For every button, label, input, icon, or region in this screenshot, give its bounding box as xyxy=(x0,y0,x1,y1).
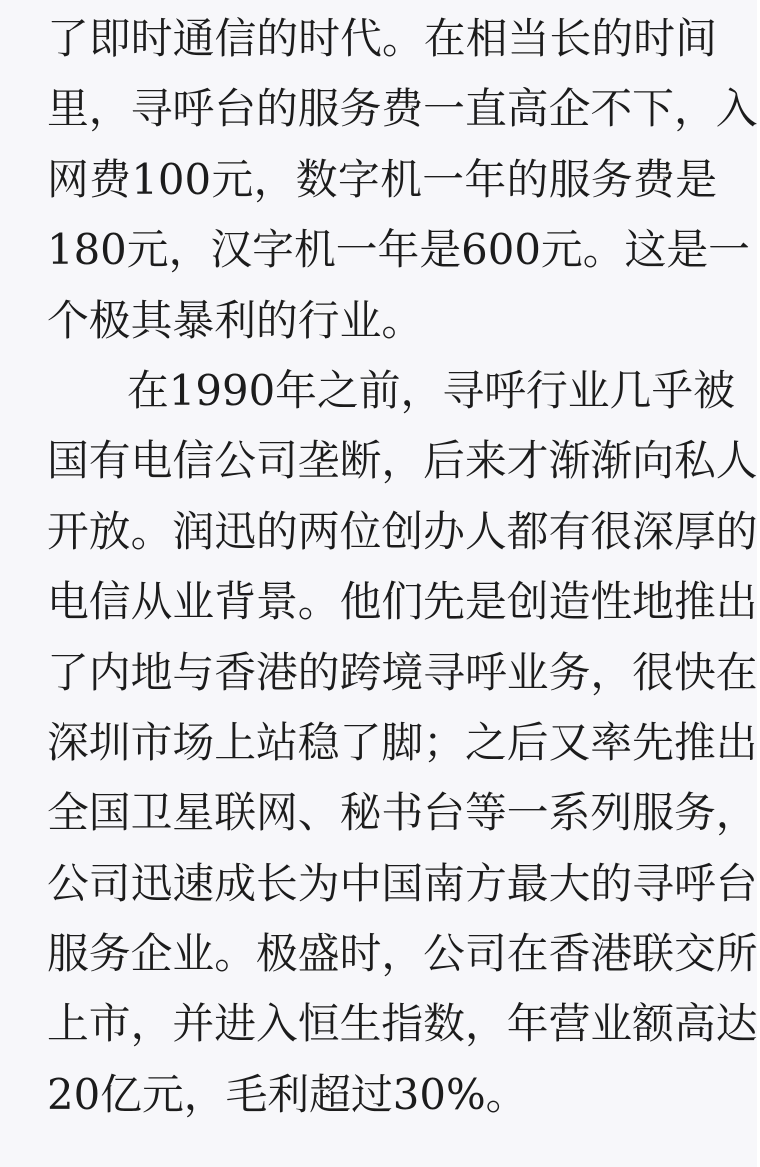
text-line: 深圳市场上站稳了脚；之后又率先推出 xyxy=(47,708,717,778)
text-line: 上市，并进入恒生指数，年营业额高达 xyxy=(47,989,717,1059)
text-line: 全国卫星联网、秘书台等一系列服务， xyxy=(47,778,717,848)
paragraph-1: 了即时通信的时代。在相当长的时间 里，寻呼台的服务费一直高企不下，入 网费100… xyxy=(47,4,717,356)
text-line: 里，寻呼台的服务费一直高企不下，入 xyxy=(47,74,717,144)
text-line: 个极其暴利的行业。 xyxy=(47,286,717,356)
document-page: 了即时通信的时代。在相当长的时间 里，寻呼台的服务费一直高企不下，入 网费100… xyxy=(47,4,717,1130)
paragraph-2: 在1990年之前，寻呼行业几乎被 国有电信公司垄断，后来才渐渐向私人 开放。润迅… xyxy=(47,356,717,1130)
text-line: 在1990年之前，寻呼行业几乎被 xyxy=(47,356,717,426)
text-line: 公司迅速成长为中国南方最大的寻呼台 xyxy=(47,849,717,919)
text-line: 国有电信公司垄断，后来才渐渐向私人 xyxy=(47,426,717,496)
text-line: 服务企业。极盛时，公司在香港联交所 xyxy=(47,919,717,989)
text-line: 20亿元，毛利超过30%。 xyxy=(47,1060,717,1130)
text-line: 网费100元，数字机一年的服务费是 xyxy=(47,145,717,215)
text-line: 开放。润迅的两位创办人都有很深厚的 xyxy=(47,497,717,567)
text-line: 了内地与香港的跨境寻呼业务，很快在 xyxy=(47,638,717,708)
text-line: 180元，汉字机一年是600元。这是一 xyxy=(47,215,717,285)
text-line: 了即时通信的时代。在相当长的时间 xyxy=(47,4,717,74)
text-line: 电信从业背景。他们先是创造性地推出 xyxy=(47,567,717,637)
